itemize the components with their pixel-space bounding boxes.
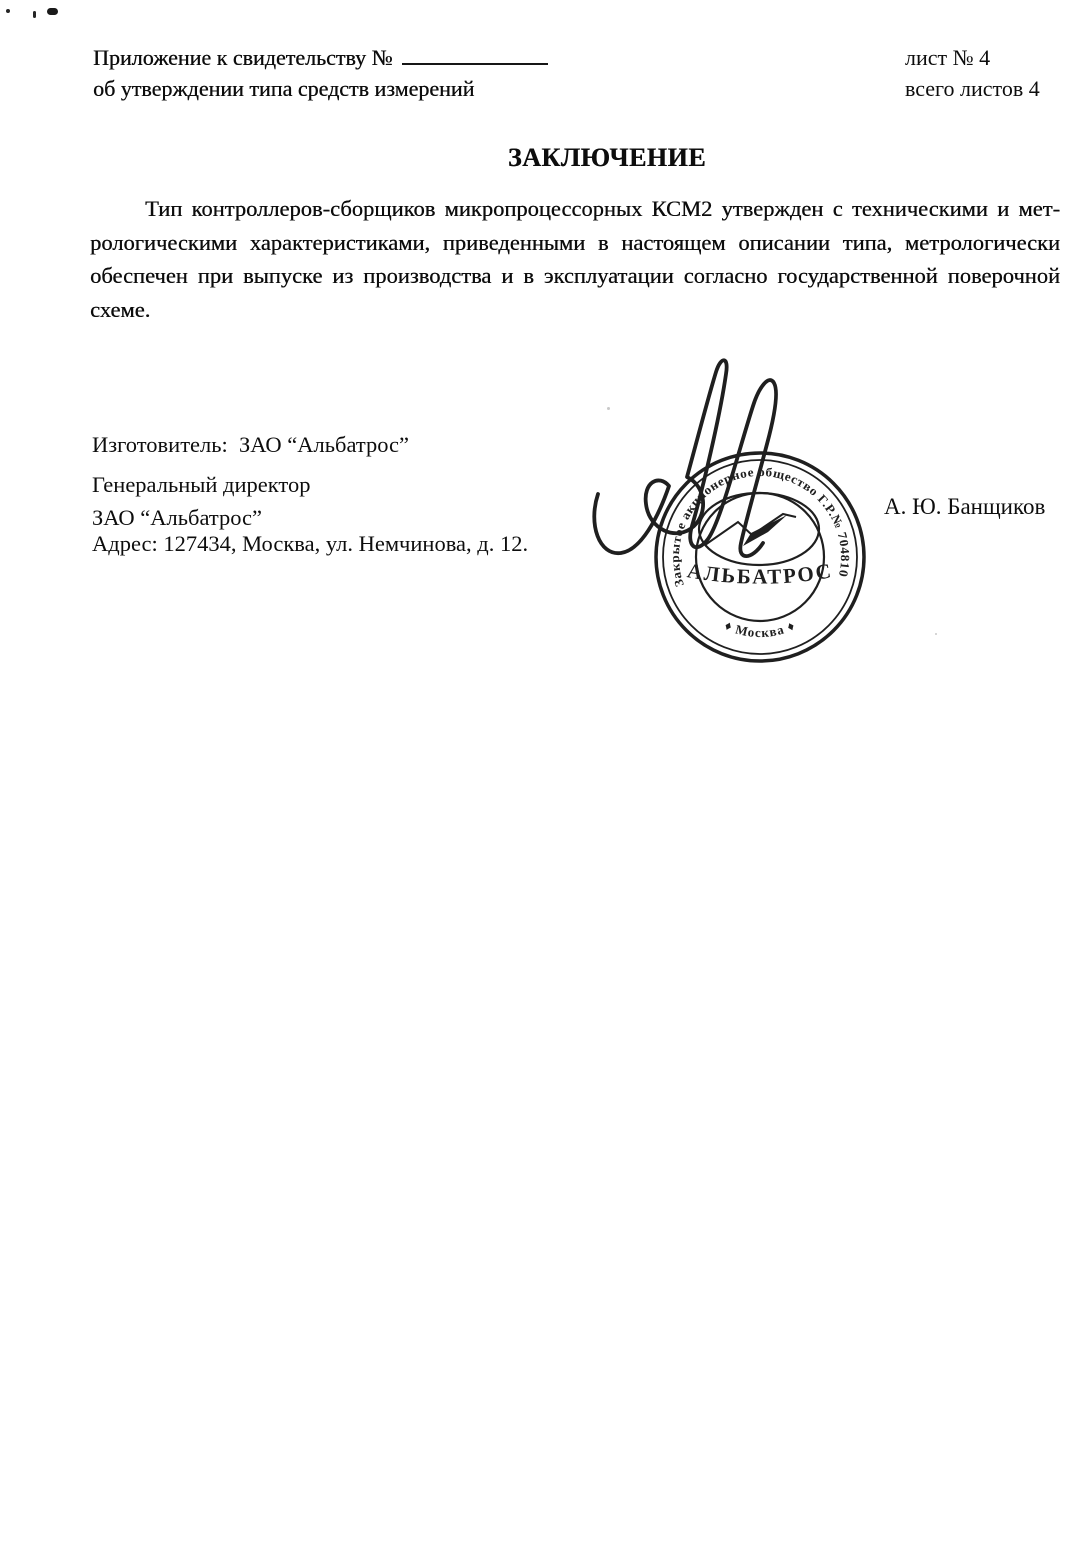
director-block: Генеральный директор ЗАО “Альбатрос” bbox=[92, 468, 310, 534]
scanned-document-page: { "document": { "header": { "left_line1"… bbox=[0, 0, 1092, 1560]
appendix-label: Приложение к свидетельству № bbox=[93, 45, 393, 70]
signatory-name: А. Ю. Банщиков bbox=[884, 494, 1045, 520]
director-org: ЗАО “Альбатрос” bbox=[92, 501, 310, 534]
header-appendix-line: Приложение к свидетельству № bbox=[93, 42, 548, 73]
header-left: Приложение к свидетельству № об утвержде… bbox=[93, 42, 548, 104]
conclusion-paragraph: Тип контроллеров-сборщиков микропроцессо… bbox=[90, 192, 1060, 326]
scan-speck bbox=[47, 8, 58, 15]
paragraph-line: схеме. bbox=[90, 293, 1060, 327]
total-sheets: всего листов 4 bbox=[905, 73, 1040, 104]
header-type-approval-line: об утверждении типа средств измерений bbox=[93, 73, 548, 104]
paragraph-line: рологическими характеристиками, приведен… bbox=[90, 226, 1060, 260]
page-title: ЗАКЛЮЧЕНИЕ bbox=[122, 143, 1092, 173]
paragraph-line: Тип контроллеров-сборщиков микропроцессо… bbox=[90, 192, 1060, 226]
scan-speck bbox=[6, 9, 10, 13]
seal-second-ring bbox=[663, 460, 857, 654]
paragraph-line: обеспечен при выпуске из производства и … bbox=[90, 259, 1060, 293]
sheet-number: лист № 4 bbox=[905, 42, 1040, 73]
header-right: лист № 4 всего листов 4 bbox=[905, 42, 1040, 104]
seal-org-name: АЛЬБАТРОС bbox=[686, 558, 835, 588]
seal-inner-ring bbox=[696, 493, 824, 621]
seal-and-signature: Закрытое акционерное общество Г.Р.№ 7048… bbox=[575, 346, 885, 676]
company-seal: Закрытое акционерное общество Г.Р.№ 7048… bbox=[656, 453, 864, 661]
director-title: Генеральный директор bbox=[92, 468, 310, 501]
scan-speck bbox=[935, 633, 937, 635]
manufacturer-line: Изготовитель: ЗАО “Альбатрос” bbox=[92, 428, 528, 461]
scan-speck bbox=[33, 11, 36, 18]
certificate-number-blank bbox=[402, 43, 548, 65]
